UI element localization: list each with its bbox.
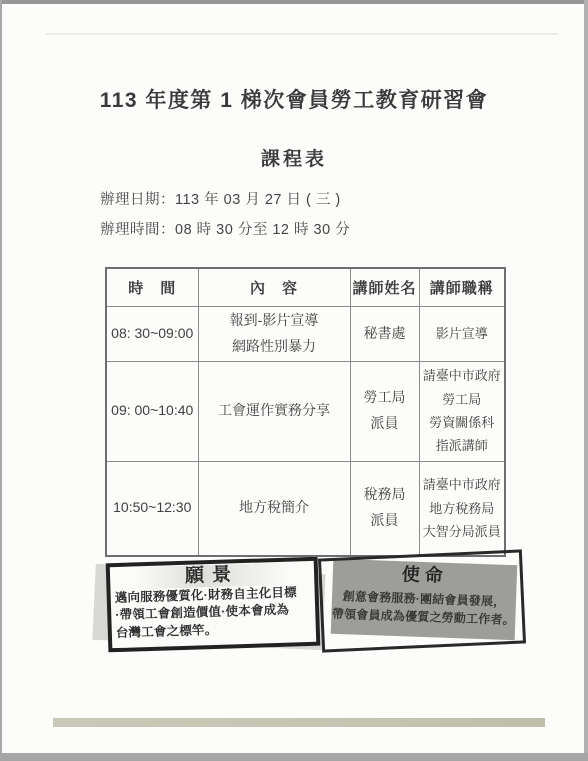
vision-sticker-frame: 願景 邁向服務優質化·財務自主化目標 ·帶領工會創造價值·使本會成為 台灣工會之… bbox=[106, 557, 321, 653]
cell-content: 地方稅簡介 bbox=[198, 461, 350, 556]
scanned-course-schedule-document: 113 年度第 1 梯次會員勞工教育研習會 課程表 辦理日期：113 年 03 … bbox=[0, 0, 588, 761]
scan-bezel-bottom bbox=[0, 753, 588, 761]
scan-artifact-strip bbox=[53, 718, 545, 727]
event-time-line: 辦理時間：08 時 30 分至 12 時 30 分 bbox=[100, 218, 350, 239]
cell-speaker: 稅務局 派員 bbox=[350, 461, 419, 556]
cell-time: 10:50~12:30 bbox=[106, 461, 198, 556]
vision-body-text: 邁向服務優質化·財務自主化目標 ·帶領工會創造價值·使本會成為 台灣工會之標竿。 bbox=[114, 584, 312, 643]
scan-bezel-right bbox=[584, 0, 588, 761]
table-header-row: 時 間 內 容 講師姓名 講師職稱 bbox=[106, 268, 505, 306]
cell-speaker-title: 請臺中市政府 地方稅務局 大智分局派員 bbox=[419, 461, 505, 556]
scan-bezel-top bbox=[0, 0, 588, 4]
cell-time: 08: 30~09:00 bbox=[106, 306, 198, 361]
cell-speaker: 秘書處 bbox=[350, 306, 419, 361]
cell-time: 09: 00~10:40 bbox=[106, 361, 198, 461]
table-row: 09: 00~10:40 工會運作實務分享 勞工局 派員 請臺中市政府 勞工局 … bbox=[106, 361, 505, 461]
header-time: 時 間 bbox=[106, 268, 198, 306]
table-row: 08: 30~09:00 報到-影片宣導 網路性別暴力 秘書處 影片宣導 bbox=[106, 306, 505, 361]
page-title: 113 年度第 1 梯次會員勞工教育研習會 bbox=[0, 84, 588, 114]
mission-body-text: 創意會務服務·團結會員發展， 帶領會員成為優質之勞動工作者。 bbox=[331, 586, 516, 628]
cell-speaker-title: 影片宣導 bbox=[419, 306, 505, 361]
vision-sticker: 願景 邁向服務優質化·財務自主化目標 ·帶領工會創造價值·使本會成為 台灣工會之… bbox=[92, 556, 334, 658]
cell-speaker-title: 請臺中市政府 勞工局 勞資關係科 指派講師 bbox=[419, 361, 505, 461]
mission-sticker: 使命 創意會務服務·團結會員發展， 帶領會員成為優質之勞動工作者。 bbox=[316, 550, 532, 654]
scanned-sheet-top-edge bbox=[46, 33, 558, 35]
course-schedule-table: 時 間 內 容 講師姓名 講師職稱 08: 30~09:00 報到-影片宣導 網… bbox=[105, 267, 506, 557]
header-speaker-title: 講師職稱 bbox=[419, 268, 505, 306]
subtitle-course-schedule: 課程表 bbox=[0, 144, 588, 171]
header-speaker-name: 講師姓名 bbox=[350, 268, 419, 306]
cell-content: 工會運作實務分享 bbox=[198, 361, 350, 461]
scan-bezel-left bbox=[0, 0, 2, 761]
table-row: 10:50~12:30 地方稅簡介 稅務局 派員 請臺中市政府 地方稅務局 大智… bbox=[106, 461, 505, 556]
cell-speaker: 勞工局 派員 bbox=[350, 361, 419, 461]
mission-title: 使命 bbox=[333, 562, 518, 590]
mission-sticker-fill: 使命 創意會務服務·團結會員發展， 帶領會員成為優質之勞動工作者。 bbox=[331, 559, 518, 640]
cell-content: 報到-影片宣導 網路性別暴力 bbox=[198, 306, 350, 361]
event-date-line: 辦理日期：113 年 03 月 27 日 ( 三 ) bbox=[100, 188, 341, 209]
header-content: 內 容 bbox=[198, 268, 350, 306]
